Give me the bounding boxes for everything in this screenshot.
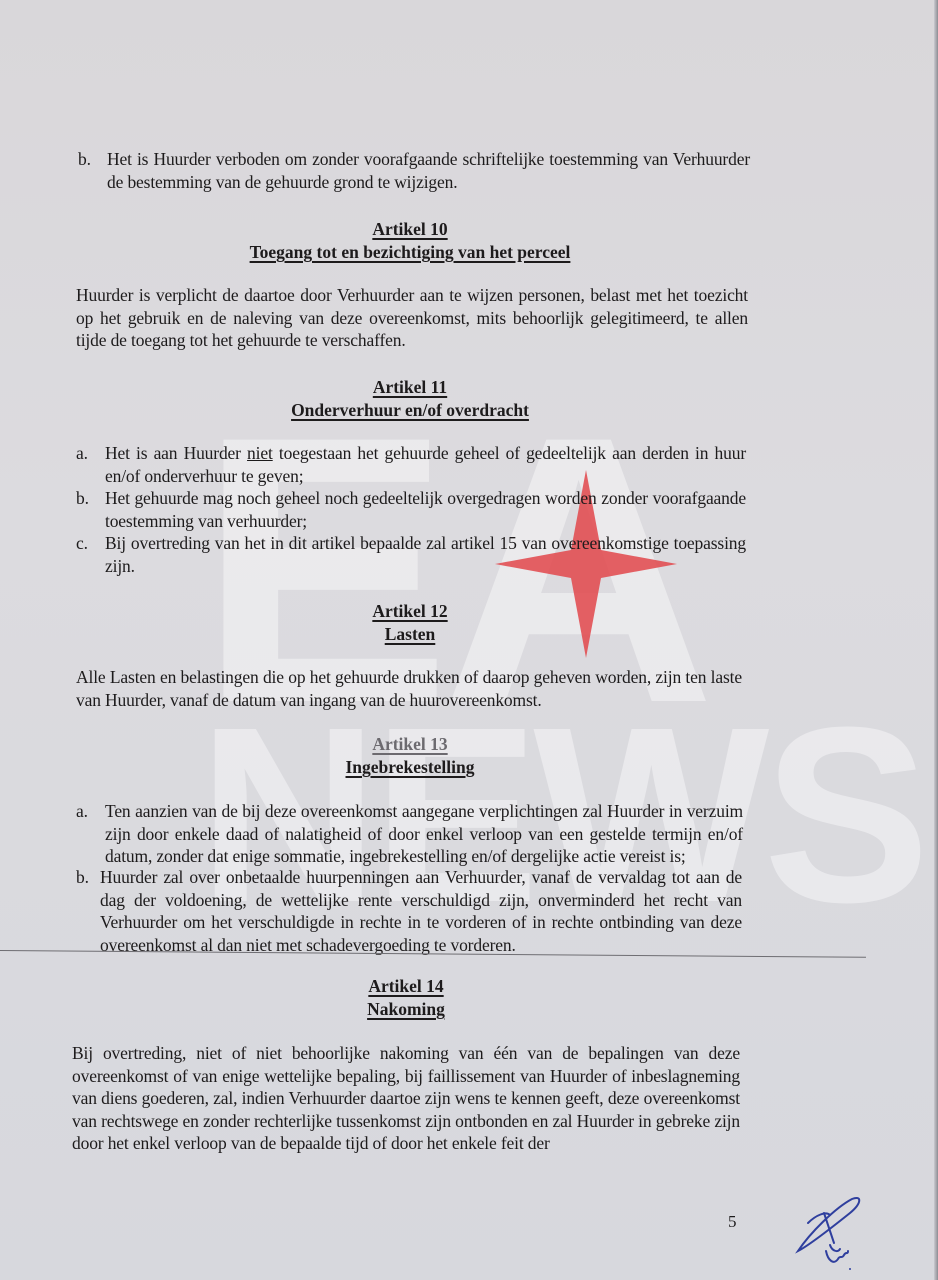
article-10-paragraph: Huurder is verplicht de daartoe door Ver…	[76, 284, 748, 352]
article-13-number: Artikel 13	[0, 733, 820, 756]
article-12-title: Lasten	[0, 623, 820, 646]
article-12-number: Artikel 12	[0, 600, 820, 623]
article-11-number: Artikel 11	[0, 376, 820, 399]
list-marker: b.	[76, 866, 89, 889]
document-page: EA NEWS b. Het is Huurder verboden om zo…	[0, 0, 938, 1280]
list-text: Het gehuurde mag noch geheel noch gedeel…	[105, 487, 746, 532]
list-text: Bij overtreding van het in dit artikel b…	[105, 532, 746, 577]
list-marker: a.	[76, 442, 88, 465]
list-marker: c.	[76, 532, 88, 555]
list-text: Ten aanzien van de bij deze overeenkomst…	[105, 800, 743, 868]
list-text: Het is Huurder verboden om zonder vooraf…	[107, 148, 750, 193]
article-12-paragraph: Alle Lasten en belastingen die op het ge…	[76, 666, 742, 711]
list-text: Het is aan Huurder niet toegestaan het g…	[105, 442, 746, 487]
list-marker: a.	[76, 800, 88, 823]
article-10-number: Artikel 10	[0, 218, 820, 241]
article-14-title: Nakoming	[0, 998, 816, 1021]
article-14-paragraph: Bij overtreding, niet of niet behoorlijk…	[72, 1042, 740, 1155]
list-marker: b.	[78, 148, 91, 171]
article-13-title: Ingebrekestelling	[0, 756, 820, 779]
article-11-title: Onderverhuur en/of overdracht	[0, 399, 820, 422]
signature-icon	[790, 1193, 870, 1273]
article-10-title: Toegang tot en bezichtiging van het perc…	[0, 241, 820, 264]
page-number: 5	[728, 1212, 737, 1232]
list-marker: b.	[76, 487, 89, 510]
article-14-number: Artikel 14	[0, 975, 816, 998]
paper-edge	[934, 0, 938, 1280]
list-text: Huurder zal over onbetaalde huurpenninge…	[100, 866, 742, 956]
emphasis-underlined: niet	[247, 443, 273, 463]
